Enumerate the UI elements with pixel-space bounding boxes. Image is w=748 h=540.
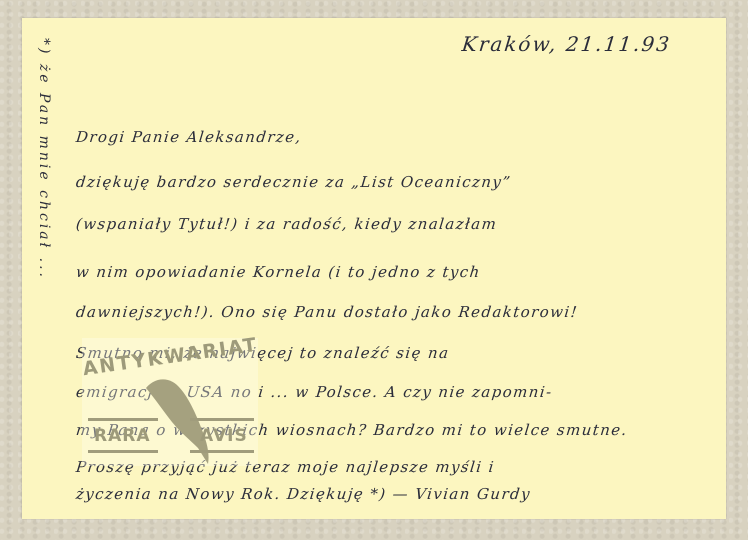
stamp-bottom-right: AVIS [200,426,248,446]
stamp-bottom-left: RARA [94,426,151,446]
letter-line: dziękuję bardzo serdecznie za „List Ocea… [75,173,512,191]
letter-line: życzenia na Nowy Rok. Dziękuję *) — Vivi… [75,485,532,503]
side-note: *) że Pan mnie chciał ... [36,38,52,280]
letter-line: w nim opowiadanie Kornela (i to jedno z … [75,263,482,281]
stamp-rule [88,418,158,421]
letter-line: dawniejszych!). Ono się Panu dostało jak… [75,303,579,321]
stamp-rule [190,450,254,453]
letter-line: Drogi Panie Aleksandrze, [75,128,303,146]
place-date: Kraków, 21.11.93 [461,32,673,56]
postcard: Kraków, 21.11.93 *) że Pan mnie chciał .… [22,18,726,519]
stamp-top-text: ANTYKWARIAT [81,334,258,380]
stamp-rule [190,418,254,421]
antiquarian-stamp: ANTYKWARIAT RARA AVIS [82,338,258,466]
stamp-rule [88,450,158,453]
letter-line: (wspaniały Tytuł!) i za radość, kiedy zn… [75,215,498,233]
